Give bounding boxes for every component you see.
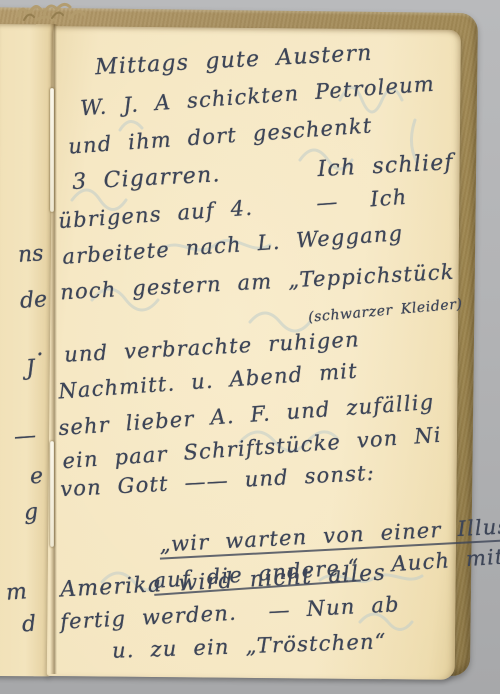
handwriting-fragment: ns	[17, 241, 44, 268]
handwriting-line: Mittags gute Austern	[95, 41, 374, 81]
handwriting-fragment: e	[29, 464, 44, 490]
handwriting-line: noch gestern am „Teppichstück	[60, 260, 456, 305]
handwriting-line: und ihm dort geschenkt	[68, 113, 374, 158]
handwriting-line: W. J. A schickten Petroleum	[80, 72, 436, 121]
notebook-photo: Mittags gute Austern W. J. A schickten P…	[0, 0, 500, 694]
handwriting-line: Nachmitt. u. Abend mit	[58, 359, 359, 404]
handwriting-fragment: de	[19, 287, 48, 314]
manuscript-text: Mittags gute Austern W. J. A schickten P…	[0, 0, 500, 694]
handwriting-fragment: J	[25, 356, 36, 382]
handwriting-fragment: d	[21, 612, 37, 638]
handwriting-fragment: m	[5, 579, 28, 605]
handwriting-fragment: —	[13, 423, 37, 449]
handwriting-fragment: g	[23, 500, 39, 526]
handwriting-note-small: (schwarzer Kleider)	[308, 296, 464, 325]
handwriting-line: u. zu ein „Tröstchen“	[112, 629, 387, 663]
